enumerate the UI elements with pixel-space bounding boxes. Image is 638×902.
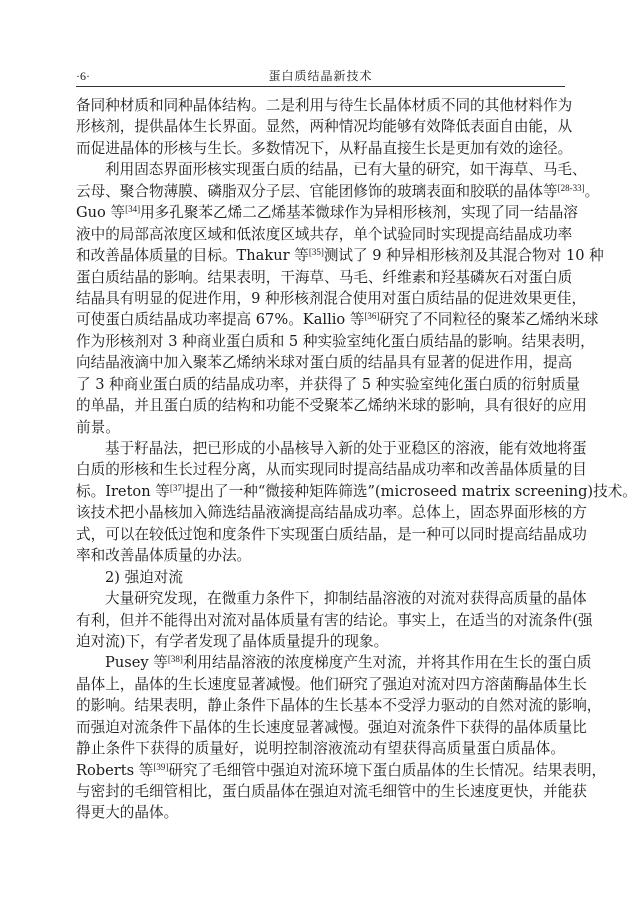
text-line: 蛋白质结晶的影响。结果表明，干海草、马毛、纤维素和羟基磷灰石对蛋白质 (76, 267, 565, 288)
line-text: 前景。 (76, 419, 120, 436)
line-text: 作为形核剂对 3 种商业蛋白质和 5 种实验室纯化蛋白质结晶的影响。结果表明， (76, 333, 595, 350)
text-line: 有利，但并不能得出对流对晶体质量有害的结论。事实上，在适当的对流条件(强 (76, 610, 565, 631)
text-line: Pusey 等[38]利用结晶溶液的浓度梯度产生对流，并将其作用在生长的蛋白质 (76, 652, 565, 673)
line-text: 基于籽晶法，把已形成的小晶核导入新的处于亚稳区的溶液，能有效地将蛋 (105, 440, 587, 457)
citation-reference: [28-33] (558, 183, 585, 193)
book-title: 蛋白质结晶新技术 (76, 66, 565, 86)
line-text: 晶体上，晶体的生长速度显著减慢。他们研究了强迫对流对四方溶菌酶晶体生长 (76, 676, 587, 693)
line-text: 该技术把小晶核加入筛选结晶液滴提高结晶成功率。总体上，固态界面形核的方 (76, 504, 587, 521)
line-text: 利用固态界面形核实现蛋白质的结晶，已有大量的研究，如干海草、马毛、 (105, 161, 587, 178)
text-line: 标。Ireton 等[37]提出了一种“微接种矩阵筛选”(microseed m… (76, 481, 565, 502)
line-text-before-ref: Pusey 等 (105, 654, 168, 671)
text-line: 静止条件下获得的质量好，说明控制溶液流动有望获得高质量蛋白质晶体。 (76, 738, 565, 759)
line-text: 形核剂，提供晶体生长界面。显然，两种情况均能够有效降低表面自由能，从 (76, 118, 572, 135)
line-text: 大量研究发现，在微重力条件下，抑制结晶溶液的对流对获得高质量的晶体 (105, 590, 587, 607)
document-page: ·6· 蛋白质结晶新技术 备同种材质和同种晶体结构。二是利用与待生长晶体材质不同… (0, 0, 638, 902)
text-line: 2) 强迫对流 (76, 567, 565, 588)
text-line: 形核剂，提供晶体生长界面。显然，两种情况均能够有效降低表面自由能，从 (76, 116, 565, 137)
line-text: 式，可以在较低过饱和度条件下实现蛋白质结晶，是一种可以同时提高结晶成功 (76, 526, 587, 543)
running-head: ·6· 蛋白质结晶新技术 (76, 66, 565, 86)
line-text-after-ref: 利用结晶溶液的浓度梯度产生对流，并将其作用在生长的蛋白质 (183, 654, 592, 671)
text-line: 而促进晶体的形核与生长。多数情况下，从籽晶直接生长是更加有效的途径。 (76, 138, 565, 159)
line-text: 得更大的晶体。 (76, 804, 178, 821)
citation-reference: [36] (364, 311, 379, 321)
line-text: 有利，但并不能得出对流对晶体质量有害的结论。事实上，在适当的对流条件(强 (76, 612, 592, 629)
citation-reference: [34] (125, 204, 140, 214)
text-line: 的单晶，并且蛋白质的结构和功能不受聚苯乙烯纳米球的影响，具有很好的应用 (76, 395, 565, 416)
line-text-after-ref: 。 (585, 183, 600, 200)
text-line: 与密封的毛细管相比，蛋白质晶体在强迫对流毛细管中的生长速度更快，并能获 (76, 781, 565, 802)
text-line: 而强迫对流条件下晶体的生长速度显著减慢。强迫对流条件下获得的晶体质量比 (76, 717, 565, 738)
citation-reference: [39] (153, 762, 168, 772)
line-text: 液中的局部高浓度区域和低浓度区域共存，单个试验同时实现提高结晶成功率 (76, 226, 572, 243)
line-text-after-ref: 研究了不同粒径的聚苯乙烯纳米球 (379, 311, 598, 328)
text-line: 大量研究发现，在微重力条件下，抑制结晶溶液的对流对获得高质量的晶体 (76, 588, 565, 609)
line-text: 蛋白质结晶的影响。结果表明，干海草、马毛、纤维素和羟基磷灰石对蛋白质 (76, 269, 572, 286)
text-line: 利用固态界面形核实现蛋白质的结晶，已有大量的研究，如干海草、马毛、 (76, 159, 565, 180)
line-text: 白质的形核和生长过程分离，从而实现同时提高结晶成功率和改善晶体质量的目 (76, 461, 587, 478)
citation-reference: [38] (168, 654, 183, 664)
line-text: 向结晶液滴中加入聚苯乙烯纳米球对蛋白质的结晶具有显著的促进作用，提高 (76, 354, 572, 371)
line-text-after-ref: 研究了毛细管中强迫对流环境下蛋白质晶体的生长情况。结果表明， (168, 762, 606, 779)
text-line: 迫对流)下，有学者发现了晶体质量提升的现象。 (76, 631, 565, 652)
text-line: 结晶具有明显的促进作用，9 种形核剂混合使用对蛋白质结晶的促进效果更佳， (76, 288, 565, 309)
citation-reference: [35] (309, 247, 324, 257)
line-text: 率和改善晶体质量的办法。 (76, 547, 251, 564)
line-text-before-ref: Roberts 等 (76, 762, 153, 779)
line-text-before-ref: Guo 等 (76, 204, 125, 221)
text-line: 可使蛋白质结晶成功率提高 67%。Kallio 等[36]研究了不同粒径的聚苯乙… (76, 309, 565, 330)
line-text-after-ref: 提出了一种“微接种矩阵筛选”(microseed matrix screenin… (185, 483, 637, 500)
text-line: Roberts 等[39]研究了毛细管中强迫对流环境下蛋白质晶体的生长情况。结果… (76, 760, 565, 781)
body-text: 备同种材质和同种晶体结构。二是利用与待生长晶体材质不同的其他材料作为形核剂，提供… (76, 95, 565, 824)
line-text: 与密封的毛细管相比，蛋白质晶体在强迫对流毛细管中的生长速度更快，并能获 (76, 783, 587, 800)
text-line: 备同种材质和同种晶体结构。二是利用与待生长晶体材质不同的其他材料作为 (76, 95, 565, 116)
line-text-before-ref: 云母、聚合物薄膜、磷脂双分子层、官能团修饰的玻璃表面和胶联的晶体等 (76, 183, 558, 200)
line-text: 结晶具有明显的促进作用，9 种形核剂混合使用对蛋白质结晶的促进效果更佳， (76, 290, 586, 307)
text-line: 前景。 (76, 417, 565, 438)
line-text: 而强迫对流条件下晶体的生长速度显著减慢。强迫对流条件下获得的晶体质量比 (76, 719, 587, 736)
line-text-after-ref: 用多孔聚苯乙烯二乙烯基苯微球作为异相形核剂，实现了同一结晶溶 (140, 204, 578, 221)
text-line: 向结晶液滴中加入聚苯乙烯纳米球对蛋白质的结晶具有显著的促进作用，提高 (76, 352, 565, 373)
line-text-before-ref: 可使蛋白质结晶成功率提高 67%。Kallio 等 (76, 311, 364, 328)
line-text: 了 3 种商业蛋白质的结晶成功率，并获得了 5 种实验室纯化蛋白质的衍射质量 (76, 376, 580, 393)
line-text: 迫对流)下，有学者发现了晶体质量提升的现象。 (76, 633, 388, 650)
line-text: 的影响。结果表明，静止条件下晶体的生长基本不受浮力驱动的自然对流的影响， (76, 697, 601, 714)
text-line: Guo 等[34]用多孔聚苯乙烯二乙烯基苯微球作为异相形核剂，实现了同一结晶溶 (76, 202, 565, 223)
line-text-before-ref: 标。Ireton 等 (76, 483, 170, 500)
text-line: 率和改善晶体质量的办法。 (76, 545, 565, 566)
text-line: 云母、聚合物薄膜、磷脂双分子层、官能团修饰的玻璃表面和胶联的晶体等[28-33]… (76, 181, 565, 202)
text-line: 白质的形核和生长过程分离，从而实现同时提高结晶成功率和改善晶体质量的目 (76, 459, 565, 480)
line-text: 的单晶，并且蛋白质的结构和功能不受聚苯乙烯纳米球的影响，具有很好的应用 (76, 397, 587, 414)
line-text-before-ref: 和改善晶体质量的目标。Thakur 等 (76, 247, 309, 264)
line-text: 2) 强迫对流 (105, 569, 183, 586)
text-line: 了 3 种商业蛋白质的结晶成功率，并获得了 5 种实验室纯化蛋白质的衍射质量 (76, 374, 565, 395)
line-text: 备同种材质和同种晶体结构。二是利用与待生长晶体材质不同的其他材料作为 (76, 97, 572, 114)
line-text: 而促进晶体的形核与生长。多数情况下，从籽晶直接生长是更加有效的途径。 (76, 140, 572, 157)
text-line: 晶体上，晶体的生长速度显著减慢。他们研究了强迫对流对四方溶菌酶晶体生长 (76, 674, 565, 695)
text-line: 和改善晶体质量的目标。Thakur 等[35]测试了 9 种异相形核剂及其混合物… (76, 245, 565, 266)
text-line: 液中的局部高浓度区域和低浓度区域共存，单个试验同时实现提高结晶成功率 (76, 224, 565, 245)
text-line: 得更大的晶体。 (76, 802, 565, 823)
text-line: 的影响。结果表明，静止条件下晶体的生长基本不受浮力驱动的自然对流的影响， (76, 695, 565, 716)
text-line: 该技术把小晶核加入筛选结晶液滴提高结晶成功率。总体上，固态界面形核的方 (76, 502, 565, 523)
line-text: 静止条件下获得的质量好，说明控制溶液流动有望获得高质量蛋白质晶体。 (76, 740, 565, 757)
text-line: 基于籽晶法，把已形成的小晶核导入新的处于亚稳区的溶液，能有效地将蛋 (76, 438, 565, 459)
header-rule (76, 86, 565, 87)
text-line: 作为形核剂对 3 种商业蛋白质和 5 种实验室纯化蛋白质结晶的影响。结果表明， (76, 331, 565, 352)
citation-reference: [37] (170, 483, 185, 493)
line-text-after-ref: 测试了 9 种异相形核剂及其混合物对 10 种 (324, 247, 604, 264)
text-line: 式，可以在较低过饱和度条件下实现蛋白质结晶，是一种可以同时提高结晶成功 (76, 524, 565, 545)
